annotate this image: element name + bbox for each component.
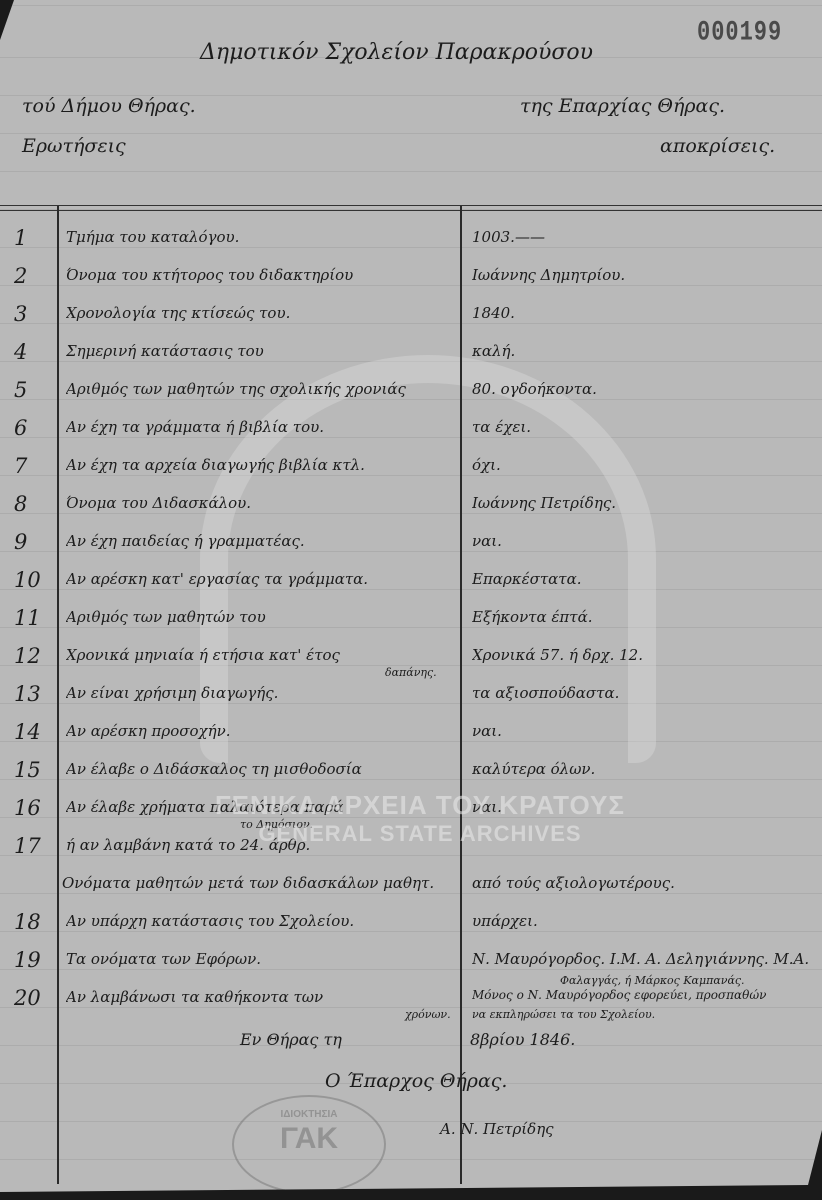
question: Όνομα του Διδασκάλου. <box>66 494 456 512</box>
answer-continuation: να εκπληρώσει τα του Σχολείου. <box>472 1008 655 1021</box>
table-row: 11Αριθμός των μαθητών τουΕξήκοντα έπτά. <box>0 602 822 640</box>
table-row: 3Χρονολογία της κτίσεώς του.1840. <box>0 298 822 336</box>
question: Αριθμός των μαθητών της σχολικής χρονιάς <box>66 380 456 398</box>
row-number: 1 <box>14 226 54 250</box>
answer: όχι. <box>472 456 817 474</box>
answer: 1003.—— <box>472 228 817 246</box>
row-number: 4 <box>14 340 54 364</box>
question: Χρονολογία της κτίσεώς του. <box>66 304 456 322</box>
place-date-label: Εν Θήρας τη <box>240 1030 342 1049</box>
question: Τα ονόματα των Εφόρων. <box>66 950 456 968</box>
table-row: 2Όνομα του κτήτορος του διδακτηρίουΙωάνν… <box>0 260 822 298</box>
watermark-english: GENERAL STATE ARCHIVES <box>160 821 680 847</box>
table-row: 18Αν υπάρχη κατάστασις του Σχολείου.υπάρ… <box>0 906 822 944</box>
column-header-questions: Ερωτήσεις <box>22 135 126 157</box>
answer: ναι. <box>472 532 817 550</box>
row-number: 3 <box>14 302 54 326</box>
answer: από τούς αξιολογωτέρους. <box>472 874 817 892</box>
row-number: 8 <box>14 492 54 516</box>
row-number: 5 <box>14 378 54 402</box>
question: Αν αρέσκη προσοχήν. <box>66 722 456 740</box>
table-row: 8Όνομα του Διδασκάλου.Ιωάννης Πετρίδης. <box>0 488 822 526</box>
serial-number: 000199 <box>697 17 782 48</box>
document-page: 000199 Δημοτικόν Σχολείον Παρακρούσου το… <box>0 0 822 1192</box>
header-divider <box>0 205 822 211</box>
question: Τμήμα του καταλόγου. <box>66 228 456 246</box>
header-province: της Επαρχίας Θήρας. <box>520 95 725 117</box>
table-row: 15Αν έλαβε ο Διδάσκαλος τη μισθοδοσίακαλ… <box>0 754 822 792</box>
stamp-center-text: ΓΑΚ <box>234 1122 384 1156</box>
answer: Ν. Μαυρόγορδος. Ι.Μ. Α. Δεληγιάννης. Μ.Α… <box>472 950 817 968</box>
row-number: 11 <box>14 606 54 630</box>
signatory-title: Ο Έπαρχος Θήρας. <box>325 1070 507 1092</box>
question: Ονόματα μαθητών μετά των διδασκάλων μαθη… <box>62 874 452 892</box>
table-row: 1Τμήμα του καταλόγου.1003.—— <box>0 222 822 260</box>
answer: Εξήκοντα έπτά. <box>472 608 817 626</box>
table-row: 6Αν έχη τα γράμματα ή βιβλία του.τα έχει… <box>0 412 822 450</box>
row-number: 9 <box>14 530 54 554</box>
answer: ναι. <box>472 722 817 740</box>
row-number: 2 <box>14 264 54 288</box>
date-value: 8βρίου 1846. <box>470 1030 575 1049</box>
table-row: 20Αν λαμβάνωσι τα καθήκοντα τωνχρόνων.Φα… <box>0 982 822 1020</box>
table-row: Ονόματα μαθητών μετά των διδασκάλων μαθη… <box>0 868 822 906</box>
question: Αν λαμβάνωσι τα καθήκοντα των <box>66 988 456 1006</box>
answer: 1840. <box>472 304 817 322</box>
answer: τα έχει. <box>472 418 817 436</box>
question: Χρονικά μηνιαία ή ετήσια κατ' έτος <box>66 646 456 664</box>
table-row: 14Αν αρέσκη προσοχήν.ναι. <box>0 716 822 754</box>
watermark-greek: ΓΕΝΙΚΑ ΑΡΧΕΙΑ ΤΟΥ ΚΡΑΤΟΥΣ <box>160 790 680 821</box>
archive-watermark: ΓΕΝΙΚΑ ΑΡΧΕΙΑ ΤΟΥ ΚΡΑΤΟΥΣ GENERAL STATE … <box>160 790 680 848</box>
answer: καλή. <box>472 342 817 360</box>
answer: Ιωάννης Δημητρίου. <box>472 266 817 284</box>
question: Αν είναι χρήσιμη διαγωγής. <box>66 684 456 702</box>
row-number: 13 <box>14 682 54 706</box>
answer-note-above: Φαλαγγάς, ή Μάρκος Καμπανάς. <box>560 974 745 987</box>
row-number: 14 <box>14 720 54 744</box>
answer: Μόνος ο Ν. Μαυρόγορδος εφορεύει, προσπαθ… <box>472 988 817 1002</box>
question: Αν έχη τα γράμματα ή βιβλία του. <box>66 418 456 436</box>
question: Αν έχη τα αρχεία διαγωγής βιβλία κτλ. <box>66 456 456 474</box>
document-title: Δημοτικόν Σχολείον Παρακρούσου <box>200 40 593 65</box>
answer: Επαρκέστατα. <box>472 570 817 588</box>
answer: καλύτερα όλων. <box>472 760 817 778</box>
table-row: 12Χρονικά μηνιαία ή ετήσια κατ' έτοςδαπά… <box>0 640 822 678</box>
answer: υπάρχει. <box>472 912 817 930</box>
row-number: 20 <box>14 986 54 1010</box>
row-number: 10 <box>14 568 54 592</box>
question: Αν έλαβε ο Διδάσκαλος τη μισθοδοσία <box>66 760 456 778</box>
table-row: 5Αριθμός των μαθητών της σχολικής χρονιά… <box>0 374 822 412</box>
row-number: 16 <box>14 796 54 820</box>
questionnaire-table: 1Τμήμα του καταλόγου.1003.—— 2Όνομα του … <box>0 222 822 1020</box>
answer: 80. ογδοήκοντα. <box>472 380 817 398</box>
table-row: 4Σημερινή κατάστασις τουκαλή. <box>0 336 822 374</box>
question: Αν αρέσκη κατ' εργασίας τα γράμματα. <box>66 570 456 588</box>
row-number: 19 <box>14 948 54 972</box>
header-municipality: τού Δήμου Θήρας. <box>22 95 196 117</box>
question: Αν έχη παιδείας ή γραμματέας. <box>66 532 456 550</box>
column-header-answers: αποκρίσεις. <box>660 135 775 157</box>
answer: Χρονικά 57. ή δρχ. 12. <box>472 646 817 664</box>
stamp-top-text: ΙΔΙΟΚΤΗΣΙΑ <box>234 1109 384 1120</box>
archive-stamp: ΙΔΙΟΚΤΗΣΙΑ ΓΑΚ <box>232 1095 386 1194</box>
table-row: 10Αν αρέσκη κατ' εργασίας τα γράμματα.Επ… <box>0 564 822 602</box>
question: Αριθμός των μαθητών του <box>66 608 456 626</box>
table-row: 9Αν έχη παιδείας ή γραμματέας.ναι. <box>0 526 822 564</box>
table-row: 7Αν έχη τα αρχεία διαγωγής βιβλία κτλ.όχ… <box>0 450 822 488</box>
answer: τα αξιοσπούδαστα. <box>472 684 817 702</box>
question: Σημερινή κατάστασις του <box>66 342 456 360</box>
question-continuation: χρόνων. <box>405 1008 451 1021</box>
table-row: 13Αν είναι χρήσιμη διαγωγής.τα αξιοσπούδ… <box>0 678 822 716</box>
row-number: 15 <box>14 758 54 782</box>
row-number: 17 <box>14 834 54 858</box>
answer: Ιωάννης Πετρίδης. <box>472 494 817 512</box>
row-number: 7 <box>14 454 54 478</box>
question: Αν υπάρχη κατάστασις του Σχολείου. <box>66 912 456 930</box>
row-number: 12 <box>14 644 54 668</box>
row-number: 18 <box>14 910 54 934</box>
row-number: 6 <box>14 416 54 440</box>
question: Όνομα του κτήτορος του διδακτηρίου <box>66 266 456 284</box>
signature: Α. Ν. Πετρίδης <box>440 1120 554 1138</box>
